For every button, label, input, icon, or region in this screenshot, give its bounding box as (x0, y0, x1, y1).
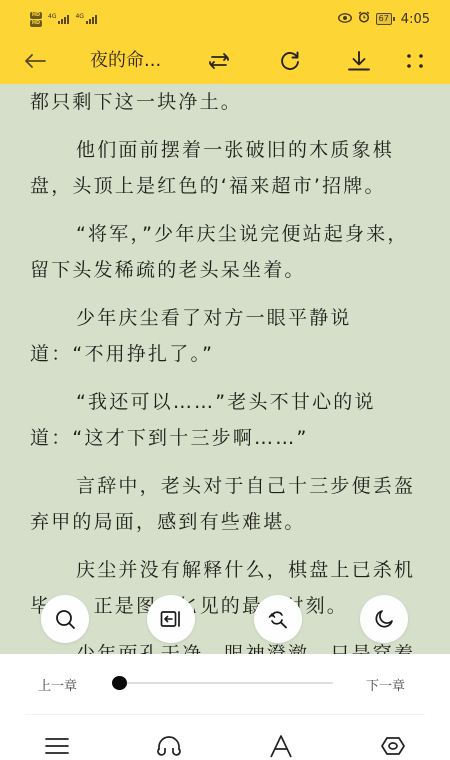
clock: 4:05 (401, 12, 430, 27)
refresh-button[interactable] (272, 38, 308, 84)
swap-source-button[interactable] (201, 38, 237, 84)
night-mode-icon (373, 608, 395, 630)
signal-label: 4G (48, 14, 56, 20)
paragraph: 他们面前摆着一张破旧的木质象棋盘，头顶上是红色的‘福来超市’招牌。 (30, 132, 420, 205)
search-button[interactable] (41, 595, 89, 643)
refresh-icon (279, 50, 301, 72)
eye-icon (338, 12, 352, 27)
swap-source-icon (207, 51, 231, 71)
signal-label: 4G (75, 14, 83, 20)
search-replace-icon (267, 608, 289, 630)
search-replace-button[interactable] (254, 595, 302, 643)
reader-screen: HD HD 4G 4G 67 4:05 (0, 0, 450, 760)
download-icon (347, 50, 371, 72)
more-dots-icon (405, 51, 425, 71)
hd-badges: HD HD (30, 12, 42, 27)
back-button[interactable] (17, 38, 53, 84)
catalog-button[interactable] (37, 732, 77, 760)
chapter-progress-slider[interactable] (120, 682, 333, 684)
alarm-icon (358, 11, 370, 27)
paragraph: 少年庆尘看了对方一眼平静说道：“不用挣扎了。” (30, 300, 420, 373)
reading-content[interactable]: 都只剩下这一块净土。 他们面前摆着一张破旧的木质象棋盘，头顶上是红色的‘福来超市… (0, 84, 450, 654)
book-title: 夜的命... (90, 38, 161, 84)
headphones-icon (156, 735, 182, 757)
bottom-panel: 上一章 下一章 (0, 654, 450, 760)
font-icon (269, 734, 293, 758)
exit-icon (160, 610, 182, 628)
paragraph: 都只剩下这一块净土。 (30, 84, 420, 121)
battery-icon: 67 (376, 13, 392, 25)
status-bar: HD HD 4G 4G 67 4:05 (0, 0, 450, 38)
signal-icon: 4G (48, 14, 69, 24)
bottom-nav (0, 732, 450, 760)
hd-badge: HD (30, 20, 42, 27)
eye-settings-icon (380, 736, 406, 756)
signal-icon: 4G (75, 14, 96, 24)
more-button[interactable] (397, 38, 433, 84)
night-mode-button[interactable] (360, 595, 408, 643)
hd-badge: HD (30, 12, 42, 19)
next-chapter-button[interactable]: 下一章 (366, 675, 405, 694)
menu-icon (44, 736, 70, 756)
download-button[interactable] (341, 38, 377, 84)
top-toolbar: 夜的命... (0, 38, 450, 84)
prev-chapter-button[interactable]: 上一章 (38, 675, 77, 694)
divider (25, 714, 425, 715)
chapter-progress-row: 上一章 下一章 (0, 668, 450, 698)
back-arrow-icon (24, 53, 46, 69)
display-settings-button[interactable] (373, 732, 413, 760)
paragraph: “我还可以……”老头不甘心的说道：“这才下到十三步啊……” (30, 384, 420, 457)
status-right: 67 4:05 (338, 11, 430, 27)
exit-button[interactable] (147, 595, 195, 643)
paragraph: 言辞中，老头对于自己十三步便丢盔弃甲的局面，感到有些难堪。 (30, 468, 420, 541)
status-left: HD HD 4G 4G (30, 12, 97, 27)
search-icon (54, 608, 76, 630)
font-settings-button[interactable] (261, 732, 301, 760)
read-aloud-button[interactable] (149, 732, 189, 760)
paragraph: 少年面孔干净，眼神澄澈，只是穿着朴素的校服坐在那里，就好像是把周边的世界都给净化… (30, 636, 420, 655)
paragraph: “将军，”少年庆尘说完便站起身来，留下头发稀疏的老头呆坐着。 (30, 216, 420, 289)
slider-thumb[interactable] (112, 676, 127, 690)
